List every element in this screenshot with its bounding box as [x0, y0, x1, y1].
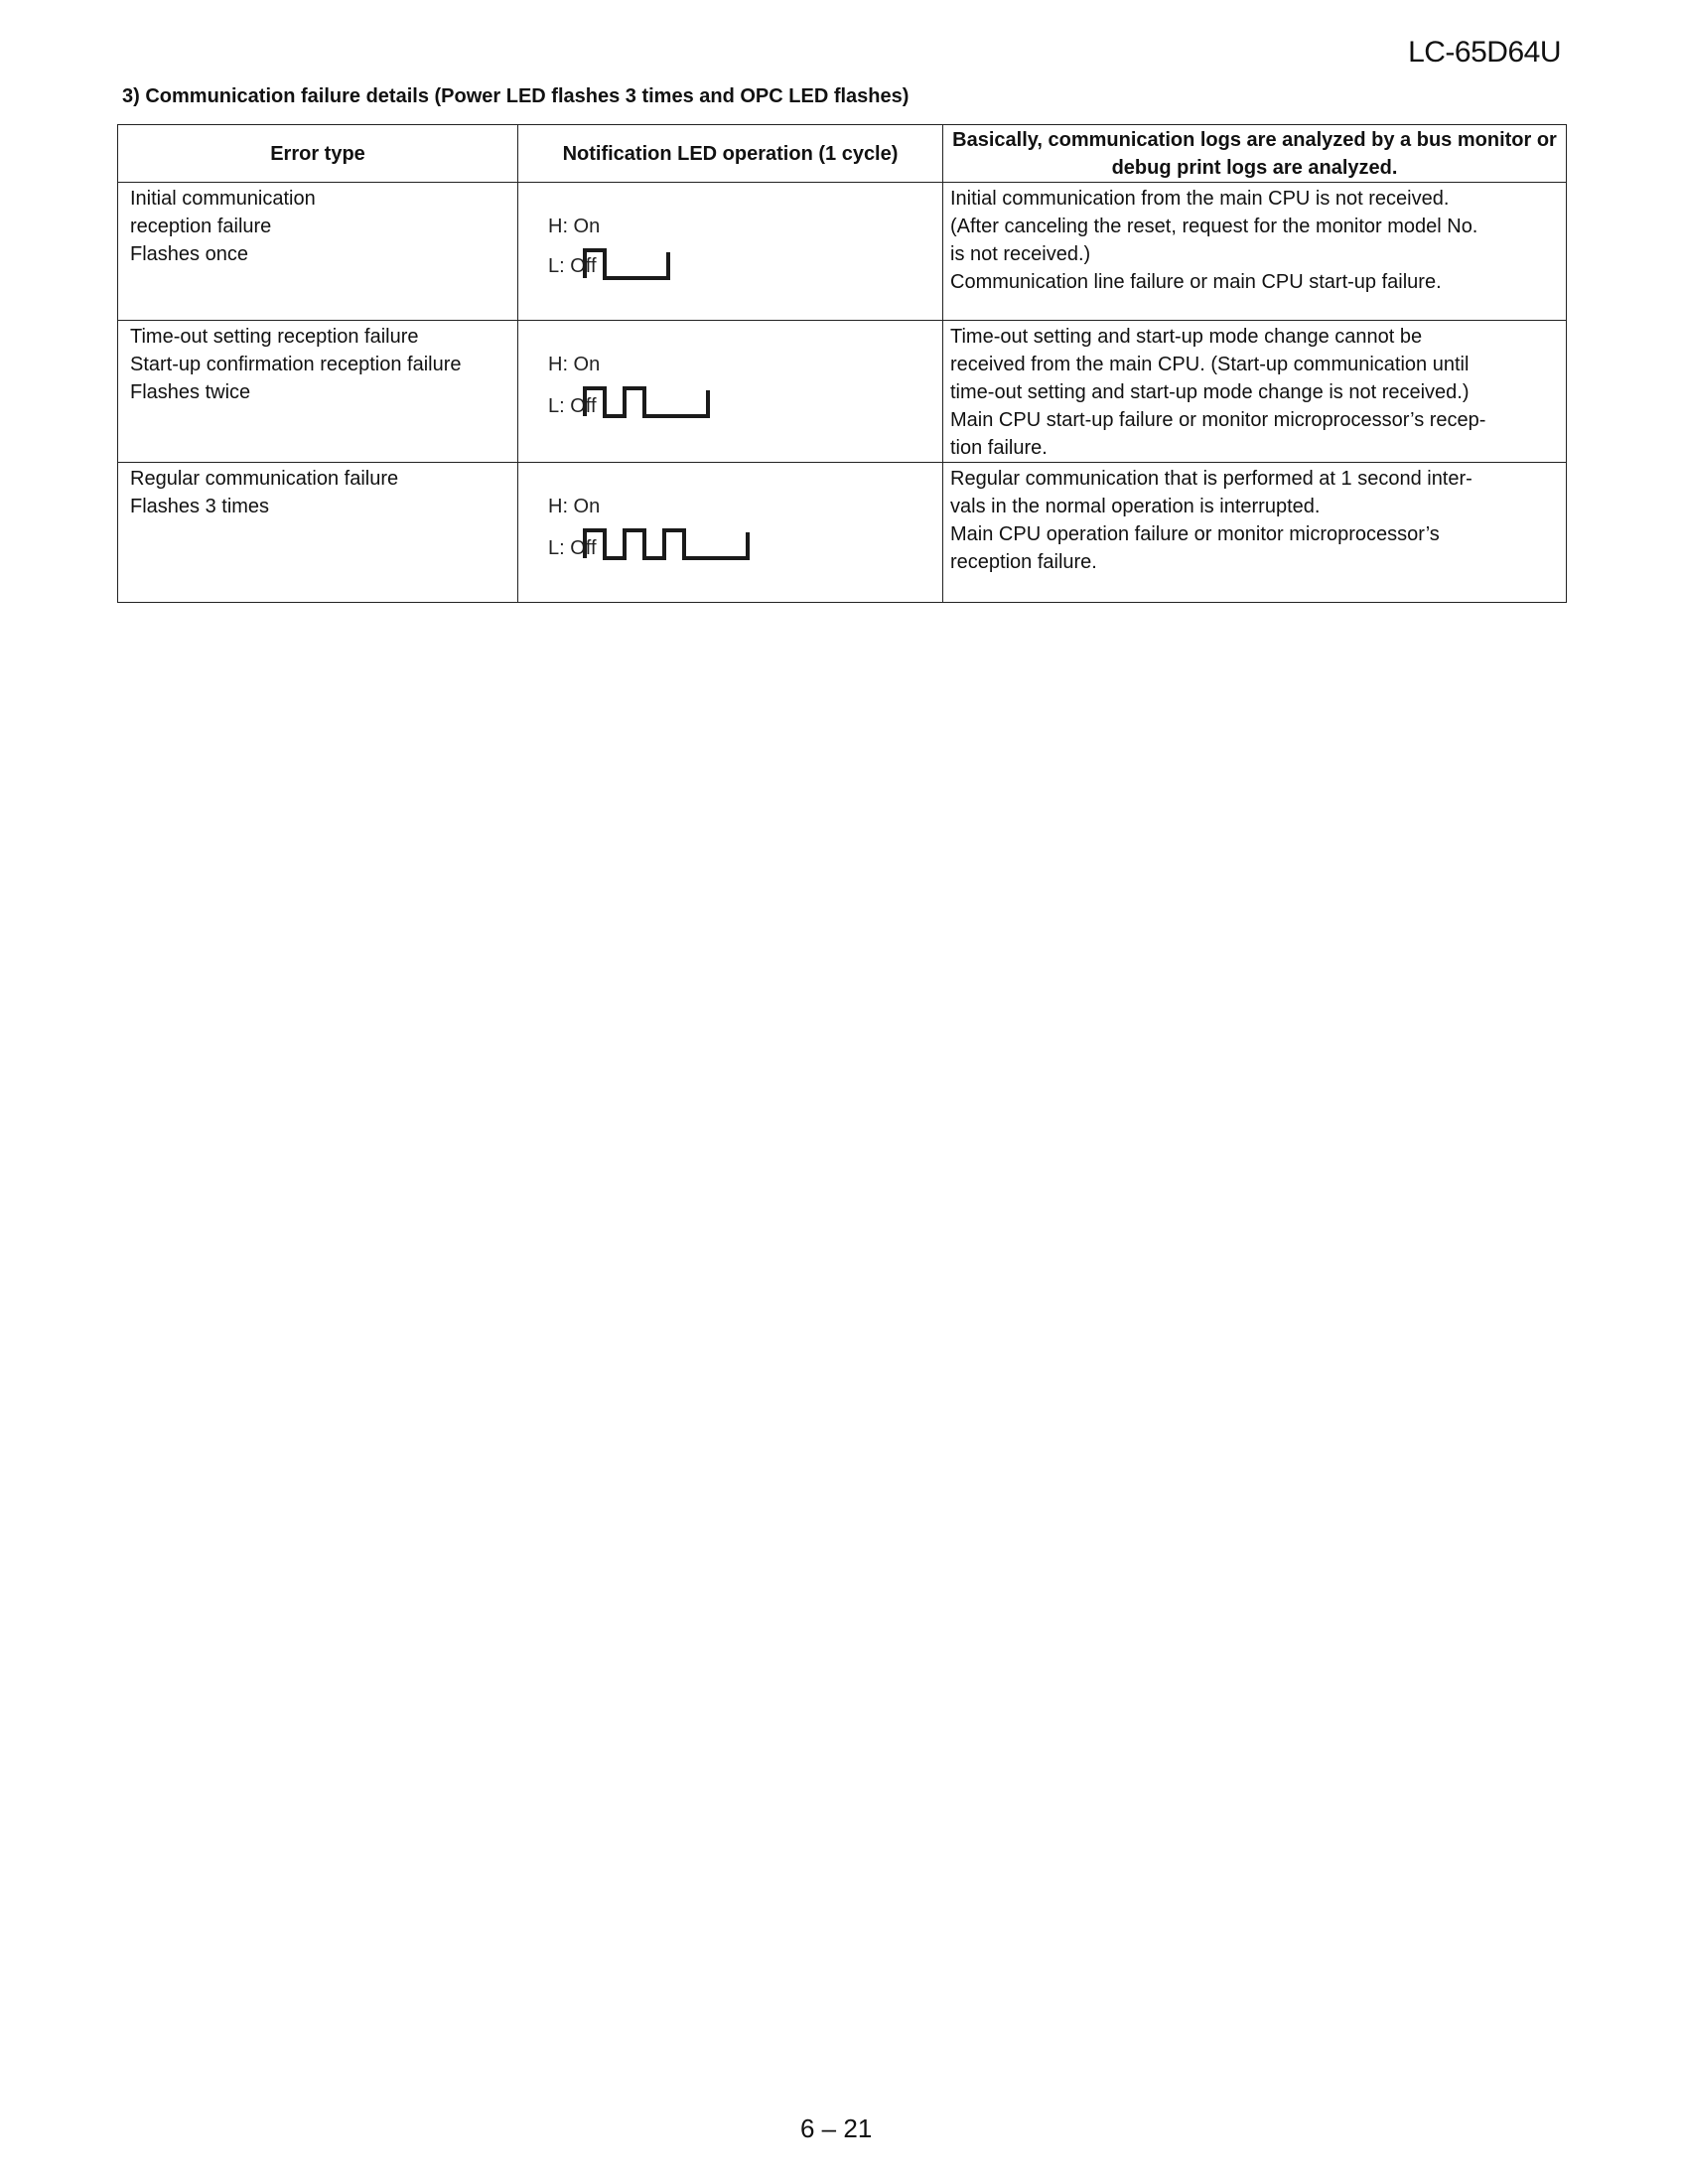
section-title: 3) Communication failure details (Power … [122, 85, 909, 108]
table-header-row: Error type Notification LED operation (1… [118, 125, 1567, 183]
led-waveform-icon [518, 463, 816, 602]
table-row: Initial communication reception failure … [118, 183, 1567, 321]
led-waveform-cell: H: On L: Off [518, 321, 943, 463]
error-type-cell: Initial communication reception failure … [118, 183, 518, 321]
model-number: LC-65D64U [1408, 36, 1561, 70]
table-row: Regular communication failure Flashes 3 … [118, 463, 1567, 603]
error-type-text: Time-out setting reception failure Start… [118, 321, 517, 406]
description-cell: Time-out setting and start-up mode chang… [943, 321, 1567, 463]
error-type-text: Initial communication reception failure … [118, 183, 517, 268]
led-waveform-cell: H: On L: Off [518, 463, 943, 603]
column-header-led-operation: Notification LED operation (1 cycle) [518, 125, 943, 183]
communication-failure-table: Error type Notification LED operation (1… [117, 124, 1567, 603]
description-cell: Initial communication from the main CPU … [943, 183, 1567, 321]
column-header-analysis: Basically, communication logs are analyz… [943, 125, 1567, 183]
table-row: Time-out setting reception failure Start… [118, 321, 1567, 463]
column-header-error-type: Error type [118, 125, 518, 183]
page-number: 6 – 21 [800, 2113, 872, 2144]
led-waveform-cell: H: On L: Off [518, 183, 943, 321]
error-type-cell: Regular communication failure Flashes 3 … [118, 463, 518, 603]
description-text: Time-out setting and start-up mode chang… [943, 321, 1566, 462]
error-type-cell: Time-out setting reception failure Start… [118, 321, 518, 463]
description-text: Regular communication that is performed … [943, 463, 1566, 576]
description-text: Initial communication from the main CPU … [943, 183, 1566, 296]
led-waveform-icon [518, 183, 816, 320]
description-cell: Regular communication that is performed … [943, 463, 1567, 603]
error-type-text: Regular communication failure Flashes 3 … [118, 463, 517, 520]
led-waveform-icon [518, 321, 816, 461]
